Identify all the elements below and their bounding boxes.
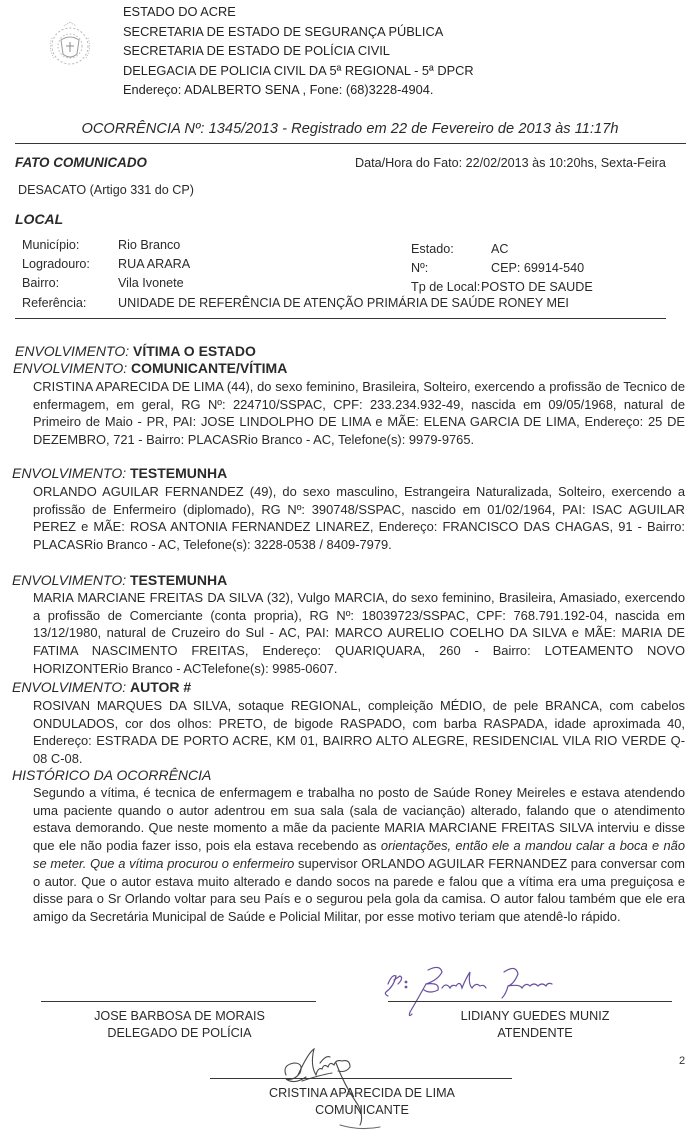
envolvimento-label: ENVOLVIMENTO: bbox=[15, 343, 129, 359]
divider bbox=[15, 318, 666, 319]
envolvimento-label: ENVOLVIMENTO: bbox=[13, 360, 127, 376]
signature-delegado: JOSE BARBOSA DE MORAIS DELEGADO DE POLÍC… bbox=[42, 1008, 317, 1042]
field-label: Referência: bbox=[22, 296, 86, 310]
envolvimento-header-autor: ENVOLVIMENTO: AUTOR # bbox=[12, 679, 191, 695]
envolvimento-label: ENVOLVIMENTO: bbox=[12, 572, 126, 588]
field-value: Vila Ivonete bbox=[118, 276, 184, 290]
signature-line-comunicante bbox=[210, 1078, 512, 1079]
envolvimento-label: ENVOLVIMENTO: bbox=[12, 679, 126, 695]
field-value: AC bbox=[491, 242, 509, 256]
fato-datetime: Data/Hora do Fato: 22/02/2013 às 10:20hs… bbox=[355, 156, 666, 170]
signatory-role: COMUNICANTE bbox=[211, 1102, 513, 1119]
header-block: ESTADO DO ACRE SECRETARIA DE ESTADO DE S… bbox=[123, 2, 474, 100]
envolvimento-label: ENVOLVIMENTO: bbox=[12, 465, 126, 481]
historico-text: Segundo a vítima, é tecnica de enfermage… bbox=[33, 784, 685, 926]
signature-atendente: LIDIANY GUEDES MUNIZ ATENDENTE bbox=[440, 1008, 630, 1042]
historico-title: HISTÓRICO DA OCORRÊNCIA bbox=[12, 767, 211, 783]
envolvimento-autor-text: ROSIVAN MARQUES DA SILVA, sotaque REGION… bbox=[33, 697, 685, 768]
field-label: Estado: bbox=[411, 242, 454, 256]
envolvimento-type: TESTEMUNHA bbox=[130, 465, 227, 481]
signature-line-atendente bbox=[388, 1001, 672, 1002]
signature-line-delegado bbox=[41, 1001, 316, 1002]
header-line-endereco: Endereço: ADALBERTO SENA , Fone: (68)322… bbox=[123, 80, 474, 100]
signature-comunicante: CRISTINA APARECIDA DE LIMA COMUNICANTE bbox=[211, 1085, 513, 1119]
coat-of-arms-icon bbox=[44, 18, 96, 74]
envolvimento-header-comunicante: ENVOLVIMENTO: COMUNICANTE/VÍTIMA bbox=[13, 360, 287, 376]
field-value: UNIDADE DE REFERÊNCIA DE ATENÇÃO PRIMÁRI… bbox=[118, 296, 569, 310]
page-number: 2 bbox=[679, 1055, 685, 1067]
header-line-secretaria-policia: SECRETARIA DE ESTADO DE POLÍCIA CIVIL bbox=[123, 41, 474, 61]
divider bbox=[15, 143, 686, 144]
envolvimento-comunicante-text: CRISTINA APARECIDA DE LIMA (44), do sexo… bbox=[33, 378, 685, 449]
field-label: Logradouro: bbox=[22, 257, 90, 271]
envolvimento-testemunha-1-text: ORLANDO AGUILAR FERNANDEZ (49), do sexo … bbox=[33, 483, 685, 554]
header-line-delegacia: DELEGACIA DE POLICIA CIVIL DA 5ª REGIONA… bbox=[123, 61, 474, 81]
envolvimento-type: AUTOR # bbox=[130, 679, 191, 695]
signatory-name: CRISTINA APARECIDA DE LIMA bbox=[211, 1085, 513, 1102]
field-label: Tp de Local: bbox=[411, 280, 480, 294]
local-title: LOCAL bbox=[15, 211, 63, 227]
envolvimento-header-testemunha-2: ENVOLVIMENTO: TESTEMUNHA bbox=[12, 572, 227, 588]
header-line-state: ESTADO DO ACRE bbox=[123, 2, 474, 22]
field-value: RUA ARARA bbox=[118, 257, 190, 271]
field-label: Bairro: bbox=[22, 276, 59, 290]
field-value: POSTO DE SAUDE bbox=[481, 280, 593, 294]
signatory-role: ATENDENTE bbox=[440, 1025, 630, 1042]
envolvimento-header-testemunha-1: ENVOLVIMENTO: TESTEMUNHA bbox=[12, 465, 227, 481]
envolvimento-testemunha-2-text: MARIA MARCIANE FREITAS DA SILVA (32), Vu… bbox=[33, 589, 685, 678]
envolvimento-type: VÍTIMA O ESTADO bbox=[133, 343, 256, 359]
signatory-role: DELEGADO DE POLÍCIA bbox=[42, 1025, 317, 1042]
field-value: Rio Branco bbox=[118, 238, 180, 252]
field-label: Nº: bbox=[411, 261, 428, 275]
header-line-secretaria-seguranca: SECRETARIA DE ESTADO DE SEGURANÇA PÚBLIC… bbox=[123, 22, 474, 42]
envolvimento-type: TESTEMUNHA bbox=[130, 572, 227, 588]
envolvimento-type: COMUNICANTE/VÍTIMA bbox=[131, 360, 287, 376]
occurrence-title: OCORRÊNCIA Nº: 1345/2013 - Registrado em… bbox=[0, 121, 700, 137]
fato-title: FATO COMUNICADO bbox=[15, 155, 147, 170]
signatory-name: LIDIANY GUEDES MUNIZ bbox=[440, 1008, 630, 1025]
field-value: CEP: 69914-540 bbox=[491, 261, 584, 275]
signatory-name: JOSE BARBOSA DE MORAIS bbox=[42, 1008, 317, 1025]
field-label: Município: bbox=[22, 238, 79, 252]
fato-description: DESACATO (Artigo 331 do CP) bbox=[18, 183, 194, 197]
envolvimento-header-vitima-estado: ENVOLVIMENTO: VÍTIMA O ESTADO bbox=[15, 343, 256, 359]
